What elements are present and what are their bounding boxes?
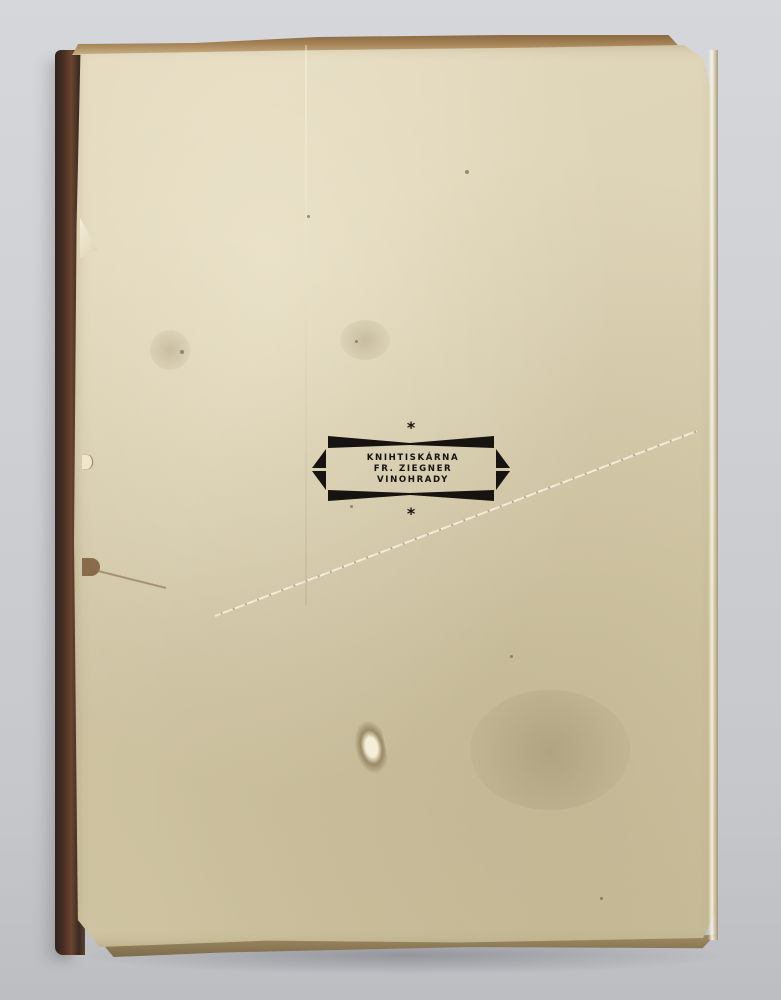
speck: [510, 655, 513, 658]
vertical-fold-line: [305, 45, 307, 605]
speck: [307, 215, 310, 218]
stain: [340, 320, 390, 360]
stain: [470, 690, 630, 810]
printer-line-2: FR. ZIEGNER: [348, 464, 478, 475]
spine-tear: [82, 558, 100, 576]
printers-mark: * KNIHTISKÁRNA FR. ZIEGNER VINOHRADY *: [310, 420, 512, 520]
cover-right-edge: [708, 50, 718, 940]
speck: [600, 897, 603, 900]
asterisk-ornament-bottom: *: [403, 506, 419, 522]
stain: [150, 330, 190, 370]
speck: [465, 170, 469, 174]
printer-name-block: KNIHTISKÁRNA FR. ZIEGNER VINOHRADY: [348, 453, 478, 486]
small-tear: [82, 455, 92, 469]
printer-line-1: KNIHTISKÁRNA: [348, 453, 478, 464]
printer-line-3: VINOHRADY: [348, 475, 478, 486]
